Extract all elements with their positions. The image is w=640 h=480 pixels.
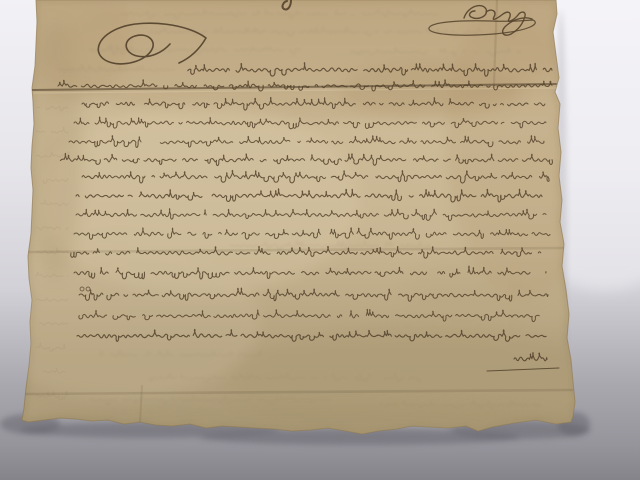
photo-of-document: Photograph of an antique handwritten let…: [0, 0, 640, 480]
document-photo-canvas: [0, 0, 640, 480]
paper-surface: [0, 0, 610, 445]
